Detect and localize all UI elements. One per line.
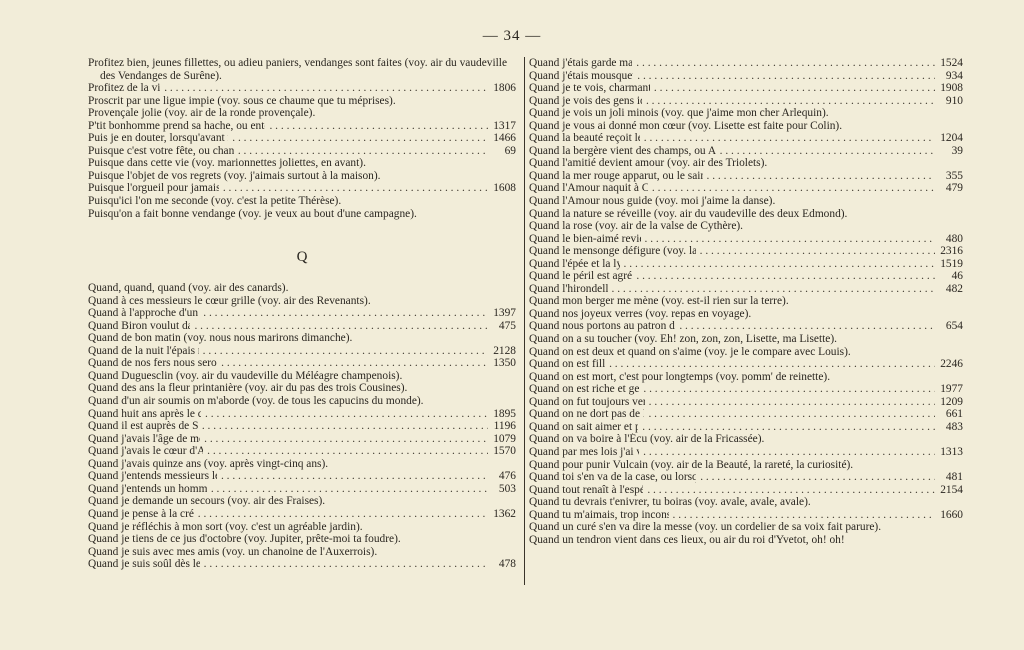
entry-title: Quand de bon matin (voy. nous nous marir… — [88, 332, 352, 345]
entry-title: Quand on est mort, c'est pour longtemps … — [529, 371, 830, 384]
dot-leader — [645, 396, 935, 409]
index-entry: Quand Biron voulut danser.475 — [88, 320, 516, 333]
dot-leader — [203, 445, 488, 458]
index-entry: P'tit bonhomme prend sa hache, ou entend… — [88, 120, 516, 133]
dot-leader — [641, 233, 936, 246]
dot-leader — [190, 320, 488, 333]
entry-number: 69 — [488, 145, 516, 158]
dot-leader — [605, 358, 935, 371]
index-entry: Quand à ces messieurs le cœur grille (vo… — [88, 295, 516, 308]
index-entry: Quand j'entends un homme sensé.503 — [88, 483, 516, 496]
entry-title: Puisqu'ici l'on me seconde (voy. c'est l… — [88, 195, 341, 208]
entry-number: 482 — [935, 283, 963, 296]
entry-title: Quand on ne dort pas de la nuit. — [529, 408, 644, 421]
entry-number: 39 — [935, 145, 963, 158]
entry-title: Quand je tiens de ce jus d'octobre (voy.… — [88, 533, 401, 546]
dot-leader — [194, 508, 488, 521]
entry-title: Quand j'avais quinze ans (voy. après vin… — [88, 458, 328, 471]
index-entry: Quand nos joyeux verres (voy. repas en v… — [529, 308, 963, 321]
index-entry: Puisque c'est votre fête, ou chantons læ… — [88, 145, 516, 158]
index-entry: Quand un tendron vient dans ces lieux, o… — [529, 534, 963, 547]
index-entry: Quand j'avais l'âge de mon fils.1079 — [88, 433, 516, 446]
index-entry: Quand l'Amour nous guide (voy. moi j'aim… — [529, 195, 963, 208]
dot-leader — [265, 120, 488, 133]
entry-title: Quand on est fille. — [529, 358, 605, 371]
index-entry: Profitez bien, jeunes fillettes, ou adie… — [88, 57, 516, 82]
dot-leader — [632, 270, 935, 283]
index-entry: Quand huit ans après le contrat.1895 — [88, 408, 516, 421]
entry-title: Quand d'un air soumis on m'aborde (voy. … — [88, 395, 424, 408]
entry-number: 1204 — [935, 132, 963, 145]
entry-title: Quand on est deux et quand on s'aime (vo… — [529, 346, 851, 359]
dot-leader — [640, 132, 935, 145]
index-entry: Quand la rose (voy. air de la valse de C… — [529, 220, 963, 233]
index-entry: Quand on est riche et gentille.1977 — [529, 383, 963, 396]
entry-title: Quand j'avais l'âge de mon fils. — [88, 433, 200, 446]
entry-number: 1362 — [488, 508, 516, 521]
dot-leader — [632, 57, 935, 70]
dot-leader — [643, 484, 935, 497]
index-entry: Proscrit par une ligue impie (voy. sous … — [88, 95, 516, 108]
index-entry: Quand des ans la fleur printanière (voy.… — [88, 382, 516, 395]
entry-title: Proscrit par une ligue impie (voy. sous … — [88, 95, 396, 108]
dot-leader — [639, 446, 935, 459]
index-entry: Quand je réfléchis à mon sort (voy. c'es… — [88, 521, 516, 534]
index-entry: Quand je vois des gens ici-bas.910 — [529, 95, 963, 108]
entry-title: Puisqu'on a fait bonne vendange (voy. je… — [88, 208, 417, 221]
entry-number: 478 — [488, 558, 516, 571]
entry-title: Quand il est auprès de Sophie. — [88, 420, 198, 433]
entry-number: 1806 — [488, 82, 516, 95]
entry-number: 1466 — [488, 132, 516, 145]
index-entry: Quand l'amitié devient amour (voy. air d… — [529, 157, 963, 170]
dot-leader — [650, 82, 935, 95]
index-entry: Quand je suis avec mes amis (voy. un cha… — [88, 546, 516, 559]
index-entry: Quand je suis soûl dès le matin478 — [88, 558, 516, 571]
index-entry: Quand d'un air soumis on m'aborde (voy. … — [88, 395, 516, 408]
entry-title: Profitez bien, jeunes fillettes, ou adie… — [88, 57, 507, 82]
entry-title: Quand l'Amour naquit à Cythère. — [529, 182, 648, 195]
dot-leader — [608, 283, 936, 296]
entry-number: 1350 — [488, 357, 516, 370]
entry-title: Quand on sait aimer et plaire. — [529, 421, 638, 434]
index-entry: Quand mon berger me mène (voy. est-il ri… — [529, 295, 963, 308]
index-entry: Quand pour punir Vulcain (voy. air de la… — [529, 459, 963, 472]
entry-number: 661 — [935, 408, 963, 421]
entry-title: Quand je réfléchis à mon sort (voy. c'es… — [88, 521, 363, 534]
dot-leader — [669, 509, 935, 522]
entry-number: 1196 — [488, 420, 516, 433]
index-entry: Quand j'étais mousquetaire.934 — [529, 70, 963, 83]
entry-title: Quand on va boire à l'Écu (voy. air de l… — [529, 433, 764, 446]
index-entry: Quand un curé s'en va dire la messe (voy… — [529, 521, 963, 534]
dot-leader — [217, 357, 488, 370]
index-entry: Quand la bergère vient des champs, ou An… — [529, 145, 963, 158]
index-entry: Quand j'avais quinze ans (voy. après vin… — [88, 458, 516, 471]
dot-leader — [644, 408, 935, 421]
entry-number: 1317 — [488, 120, 516, 133]
entry-number: 475 — [488, 320, 516, 333]
index-entry: Quand le péril est agréable.46 — [529, 270, 963, 283]
index-entry: Quand je vous ai donné mon cœur (voy. Li… — [529, 120, 963, 133]
index-entry: Quand je tiens de ce jus d'octobre (voy.… — [88, 533, 516, 546]
entry-title: Quand de la nuit l'épais nuage. — [88, 345, 199, 358]
index-entry: Quand, quand, quand (voy. air des canard… — [88, 282, 516, 295]
entry-title: Quand le péril est agréable. — [529, 270, 632, 283]
entry-title: Quand tu devrais t'enivrer, tu boiras (v… — [529, 496, 811, 509]
index-entry: Quand nous portons au patron de not' vil… — [529, 320, 963, 333]
entry-number: 654 — [935, 320, 963, 333]
entry-number: 1608 — [488, 182, 516, 195]
index-entry: Quand le mensonge défigure (voy. la lant… — [529, 245, 963, 258]
entry-number: 2246 — [935, 358, 963, 371]
entry-title: Quand la rose (voy. air de la valse de C… — [529, 220, 743, 233]
left-entries-before: Profitez bien, jeunes fillettes, ou adie… — [88, 57, 516, 220]
index-entry: Quand tu devrais t'enivrer, tu boiras (v… — [529, 496, 963, 509]
entry-title: Quand la mer rouge apparut, ou le saint,… — [529, 170, 703, 183]
dot-leader — [200, 433, 488, 446]
dot-leader — [633, 70, 935, 83]
entry-title: Provençale jolie (voy. air de la ronde p… — [88, 107, 315, 120]
index-entry: Provençale jolie (voy. air de la ronde p… — [88, 107, 516, 120]
entry-title: Quand à ces messieurs le cœur grille (vo… — [88, 295, 371, 308]
entry-title: Quand nos joyeux verres (voy. repas en v… — [529, 308, 751, 321]
entry-title: Quand on a su toucher (voy. Eh! zon, zon… — [529, 333, 837, 346]
entry-title: Quand huit ans après le contrat. — [88, 408, 201, 421]
entry-number: 1313 — [935, 446, 963, 459]
entry-title: Quand l'hirondelle. — [529, 283, 608, 296]
entry-number: 483 — [935, 421, 963, 434]
entry-title: Puisque l'objet de vos regrets (voy. j'a… — [88, 170, 381, 183]
entry-title: Puisque dans cette vie (voy. marionnette… — [88, 157, 366, 170]
index-entry: Quand j'avais le cœur d'Annette.1570 — [88, 445, 516, 458]
entry-title: Quand tu m'aimais, trop inconstante amie… — [529, 509, 669, 522]
index-entry: Quand le bien-aimé reviendra.480 — [529, 233, 963, 246]
index-entry: Quand on est mort, c'est pour longtemps … — [529, 371, 963, 384]
index-entry: Quand à l'approche d'un orage.1397 — [88, 307, 516, 320]
entry-title: Quand je demande un secours (voy. air de… — [88, 495, 325, 508]
index-entry: Puisqu'on a fait bonne vendange (voy. je… — [88, 208, 516, 221]
entry-number: 480 — [935, 233, 963, 246]
entry-title: Quand, quand, quand (voy. air des canard… — [88, 282, 288, 295]
entry-number: 1895 — [488, 408, 516, 421]
entry-title: Quand toi s'en va de la case, ou lorsque… — [529, 471, 696, 484]
index-entry: Quand l'Amour naquit à Cythère.479 — [529, 182, 963, 195]
dot-leader — [198, 420, 488, 433]
entry-title: Quand je vois des gens ici-bas. — [529, 95, 642, 108]
index-entry: Puis je en douter, lorsqu'avant mon voya… — [88, 132, 516, 145]
index-entry: Puisque l'objet de vos regrets (voy. j'a… — [88, 170, 516, 183]
index-entry: Quand il est auprès de Sophie.1196 — [88, 420, 516, 433]
entry-title: Quand nous portons au patron de not' vil… — [529, 320, 675, 333]
entry-number: 481 — [935, 471, 963, 484]
entry-title: Quand j'entends messieurs les amants. — [88, 470, 217, 483]
entry-title: Quand je suis soûl dès le matin — [88, 558, 200, 571]
entry-number: 503 — [488, 483, 516, 496]
dot-leader — [642, 95, 935, 108]
entry-title: Quand à l'approche d'un orage. — [88, 307, 199, 320]
entry-number: 1079 — [488, 433, 516, 446]
index-entry: Quand on a su toucher (voy. Eh! zon, zon… — [529, 333, 963, 346]
entry-number: 355 — [935, 170, 963, 183]
dot-leader — [675, 320, 935, 333]
index-entry: Quand de la nuit l'épais nuage.2128 — [88, 345, 516, 358]
index-entry: Quand je pense à la créature.1362 — [88, 508, 516, 521]
dot-leader — [620, 258, 935, 271]
index-entry: Quand la mer rouge apparut, ou le saint,… — [529, 170, 963, 183]
dot-leader — [219, 182, 488, 195]
dot-leader — [199, 345, 488, 358]
entry-title: P'tit bonhomme prend sa hache, ou entend… — [88, 120, 265, 133]
entry-number: 1977 — [935, 383, 963, 396]
index-entry: Quand toi s'en va de la case, ou lorsque… — [529, 471, 963, 484]
index-entry: Quand Duguesclin (voy. air du vaudeville… — [88, 370, 516, 383]
dot-leader — [716, 145, 935, 158]
entry-title: Quand de nos fers nous serons quittes. — [88, 357, 217, 370]
entry-title: Quand par mes lois j'ai voulu. — [529, 446, 639, 459]
entry-title: Quand Biron voulut danser. — [88, 320, 190, 333]
dot-leader — [207, 483, 488, 496]
dot-leader — [217, 470, 488, 483]
index-entry: Puisqu'ici l'on me seconde (voy. c'est l… — [88, 195, 516, 208]
dot-leader — [696, 245, 935, 258]
index-entry: Quand tout renaît à l'espérance.2154 — [529, 484, 963, 497]
entry-number: 46 — [935, 270, 963, 283]
entry-title: Quand l'épée et la lyre. — [529, 258, 620, 271]
entry-title: Quand l'Amour nous guide (voy. moi j'aim… — [529, 195, 775, 208]
entry-title: Quand un tendron vient dans ces lieux, o… — [529, 534, 845, 547]
dot-leader — [228, 132, 488, 145]
entry-title: Quand mon berger me mène (voy. est-il ri… — [529, 295, 789, 308]
left-column: Profitez bien, jeunes fillettes, ou adie… — [88, 57, 516, 571]
dot-leader — [160, 82, 488, 95]
dot-leader — [200, 558, 488, 571]
column-divider — [524, 57, 525, 585]
entry-title: Quand je pense à la créature. — [88, 508, 194, 521]
entry-title: Quand la beauté reçoit le jour. — [529, 132, 640, 145]
dot-leader — [696, 471, 935, 484]
dot-leader — [639, 383, 935, 396]
entry-number: 1519 — [935, 258, 963, 271]
dot-leader — [648, 182, 935, 195]
entry-title: Quand la nature se réveille (voy. air du… — [529, 208, 847, 221]
entry-number: 1397 — [488, 307, 516, 320]
entry-title: Puis je en douter, lorsqu'avant mon voya… — [88, 132, 228, 145]
entry-title: Quand on fut toujours vertueux. — [529, 396, 645, 409]
entry-number: 1209 — [935, 396, 963, 409]
dot-leader — [703, 170, 935, 183]
entry-title: Quand je suis avec mes amis (voy. un cha… — [88, 546, 377, 559]
entry-number: 476 — [488, 470, 516, 483]
entry-title: Quand je vous ai donné mon cœur (voy. Li… — [529, 120, 842, 133]
entry-number: 910 — [935, 95, 963, 108]
dot-leader — [199, 307, 488, 320]
index-entry: Quand par mes lois j'ai voulu.1313 — [529, 446, 963, 459]
entry-title: Quand tout renaît à l'espérance. — [529, 484, 643, 497]
entry-title: Quand Duguesclin (voy. air du vaudeville… — [88, 370, 402, 383]
entry-number: 2128 — [488, 345, 516, 358]
entry-title: Quand j'entends un homme sensé. — [88, 483, 207, 496]
index-entry: Quand j'entends messieurs les amants.476 — [88, 470, 516, 483]
entry-title: Quand le mensonge défigure (voy. la lant… — [529, 245, 696, 258]
entry-number: 2316 — [935, 245, 963, 258]
index-entry: Quand on sait aimer et plaire.483 — [529, 421, 963, 434]
entry-number: 1908 — [935, 82, 963, 95]
entry-title: Quand j'avais le cœur d'Annette. — [88, 445, 203, 458]
entry-title: Puisque c'est votre fête, ou chantons læ… — [88, 145, 234, 158]
entry-title: Quand un curé s'en va dire la messe (voy… — [529, 521, 881, 533]
index-entry: Quand l'épée et la lyre.1519 — [529, 258, 963, 271]
page-number: — 34 — — [0, 28, 1024, 45]
entry-number: 1660 — [935, 509, 963, 522]
entry-title: Quand j'étais mousquetaire. — [529, 70, 633, 83]
section-letter: Q — [88, 226, 516, 282]
entry-title: Quand l'amitié devient amour (voy. air d… — [529, 157, 767, 170]
index-entry: Quand tu m'aimais, trop inconstante amie… — [529, 509, 963, 522]
dot-leader — [638, 421, 935, 434]
entry-title: Quand la bergère vient des champs, ou An… — [529, 145, 716, 158]
entry-number: 1524 — [935, 57, 963, 70]
entry-title: Profitez de la vie. — [88, 82, 160, 95]
entry-title: Quand on est riche et gentille. — [529, 383, 639, 396]
index-entry: Quand on ne dort pas de la nuit.661 — [529, 408, 963, 421]
entry-title: Quand pour punir Vulcain (voy. air de la… — [529, 459, 853, 472]
index-entry: Quand on est fille.2246 — [529, 358, 963, 371]
index-entry: Quand la beauté reçoit le jour.1204 — [529, 132, 963, 145]
entry-number: 479 — [935, 182, 963, 195]
index-entry: Quand de nos fers nous serons quittes.13… — [88, 357, 516, 370]
index-entry: Quand la nature se réveille (voy. air du… — [529, 208, 963, 221]
dot-leader — [201, 408, 488, 421]
entry-title: Quand je te vois, charmante amie. — [529, 82, 650, 95]
index-entry: Profitez de la vie.1806 — [88, 82, 516, 95]
index-entry: Puisque dans cette vie (voy. marionnette… — [88, 157, 516, 170]
index-entry: Quand j'étais garde marine.1524 — [529, 57, 963, 70]
entry-title: Quand j'étais garde marine. — [529, 57, 632, 70]
index-entry: Quand de bon matin (voy. nous nous marir… — [88, 332, 516, 345]
entry-title: Quand je vois un joli minois (voy. que j… — [529, 107, 829, 120]
index-entry: Quand on est deux et quand on s'aime (vo… — [529, 346, 963, 359]
entry-title: Quand le bien-aimé reviendra. — [529, 233, 641, 246]
entry-number: 934 — [935, 70, 963, 83]
entry-title: Puisque l'orgueil pour jamais te sépare. — [88, 182, 219, 195]
right-entries: Quand j'étais garde marine.1524Quand j'é… — [529, 57, 963, 546]
index-entry: Puisque l'orgueil pour jamais te sépare.… — [88, 182, 516, 195]
dot-leader — [234, 145, 488, 158]
index-entry: Quand on fut toujours vertueux.1209 — [529, 396, 963, 409]
entry-title: Quand des ans la fleur printanière (voy.… — [88, 382, 407, 395]
index-entry: Quand je vois un joli minois (voy. que j… — [529, 107, 963, 120]
index-entry: Quand l'hirondelle.482 — [529, 283, 963, 296]
entry-number: 1570 — [488, 445, 516, 458]
left-entries-after: Quand, quand, quand (voy. air des canard… — [88, 282, 516, 571]
entry-number: 2154 — [935, 484, 963, 497]
index-entry: Quand je demande un secours (voy. air de… — [88, 495, 516, 508]
right-column: Quand j'étais garde marine.1524Quand j'é… — [529, 57, 963, 546]
index-entry: Quand je te vois, charmante amie.1908 — [529, 82, 963, 95]
index-entry: Quand on va boire à l'Écu (voy. air de l… — [529, 433, 963, 446]
